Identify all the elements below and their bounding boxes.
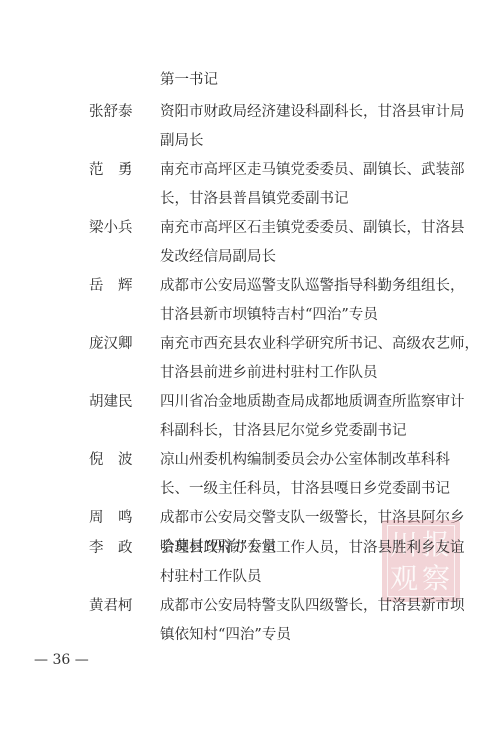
position-line: 科副科长，甘洛县尼尔觉乡党委副书记 xyxy=(160,421,407,441)
person-name: 范 勇 xyxy=(89,160,133,180)
position-line: 成都市公安局巡警支队巡警指导科勤务组组长， xyxy=(160,276,465,296)
position-line: 长、一级主任科员，甘洛县嘎日乡党委副书记 xyxy=(160,479,450,499)
person-name: 李 政 xyxy=(89,538,133,558)
position-line: 凉山州委机构编制委员会办公室体制改革科科 xyxy=(160,450,450,470)
position-line: 甘洛县新市坝镇特吉村“四治”专员 xyxy=(160,305,378,325)
position-line: 会理县政府办公室工作人员，甘洛县胜利乡友谊 xyxy=(160,538,465,558)
position-line: 南充市西充县农业科学研究所书记、高级农艺师， xyxy=(160,334,479,354)
document-page: 第一书记 张舒泰 资阳市财政局经济建设科副科长，甘洛县审计局 副局长 范 勇 南… xyxy=(0,0,502,730)
person-name: 倪 波 xyxy=(89,450,133,470)
position-line: 长，甘洛县普昌镇党委副书记 xyxy=(160,189,349,209)
page-number: — 36 — xyxy=(34,652,89,668)
person-name: 岳 辉 xyxy=(89,276,133,296)
continuation-line: 第一书记 xyxy=(160,70,218,90)
watermark-stamp: 川 报 观 察 xyxy=(382,520,460,602)
position-line: 甘洛县前进乡前进村驻村工作队员 xyxy=(160,363,378,383)
position-line: 村驻村工作队员 xyxy=(160,567,262,587)
person-name: 胡建民 xyxy=(89,392,133,412)
position-line: 南充市高坪区走马镇党委委员、副镇长、武装部 xyxy=(160,160,465,180)
position-line: 镇依知村“四治”专员 xyxy=(160,625,291,645)
person-name: 黄君柯 xyxy=(89,596,133,616)
position-line: 发改经信局副局长 xyxy=(160,247,276,267)
position-line: 南充市高坪区石圭镇党委委员、副镇长，甘洛县 xyxy=(160,218,465,238)
stamp-char: 观 xyxy=(390,564,418,594)
person-name: 张舒泰 xyxy=(89,102,133,122)
person-name: 周 鸣 xyxy=(89,508,133,528)
position-line: 成都市公安局特警支队四级警长，甘洛县新市坝 xyxy=(160,596,465,616)
position-line: 四川省冶金地质勘查局成都地质调查所监察审计 xyxy=(160,392,465,412)
person-name: 庞汉卿 xyxy=(89,334,133,354)
person-name: 梁小兵 xyxy=(89,218,133,238)
stamp-char: 察 xyxy=(422,564,450,594)
position-line: 副局长 xyxy=(160,131,204,151)
position-line: 资阳市财政局经济建设科副科长，甘洛县审计局 xyxy=(160,102,465,122)
